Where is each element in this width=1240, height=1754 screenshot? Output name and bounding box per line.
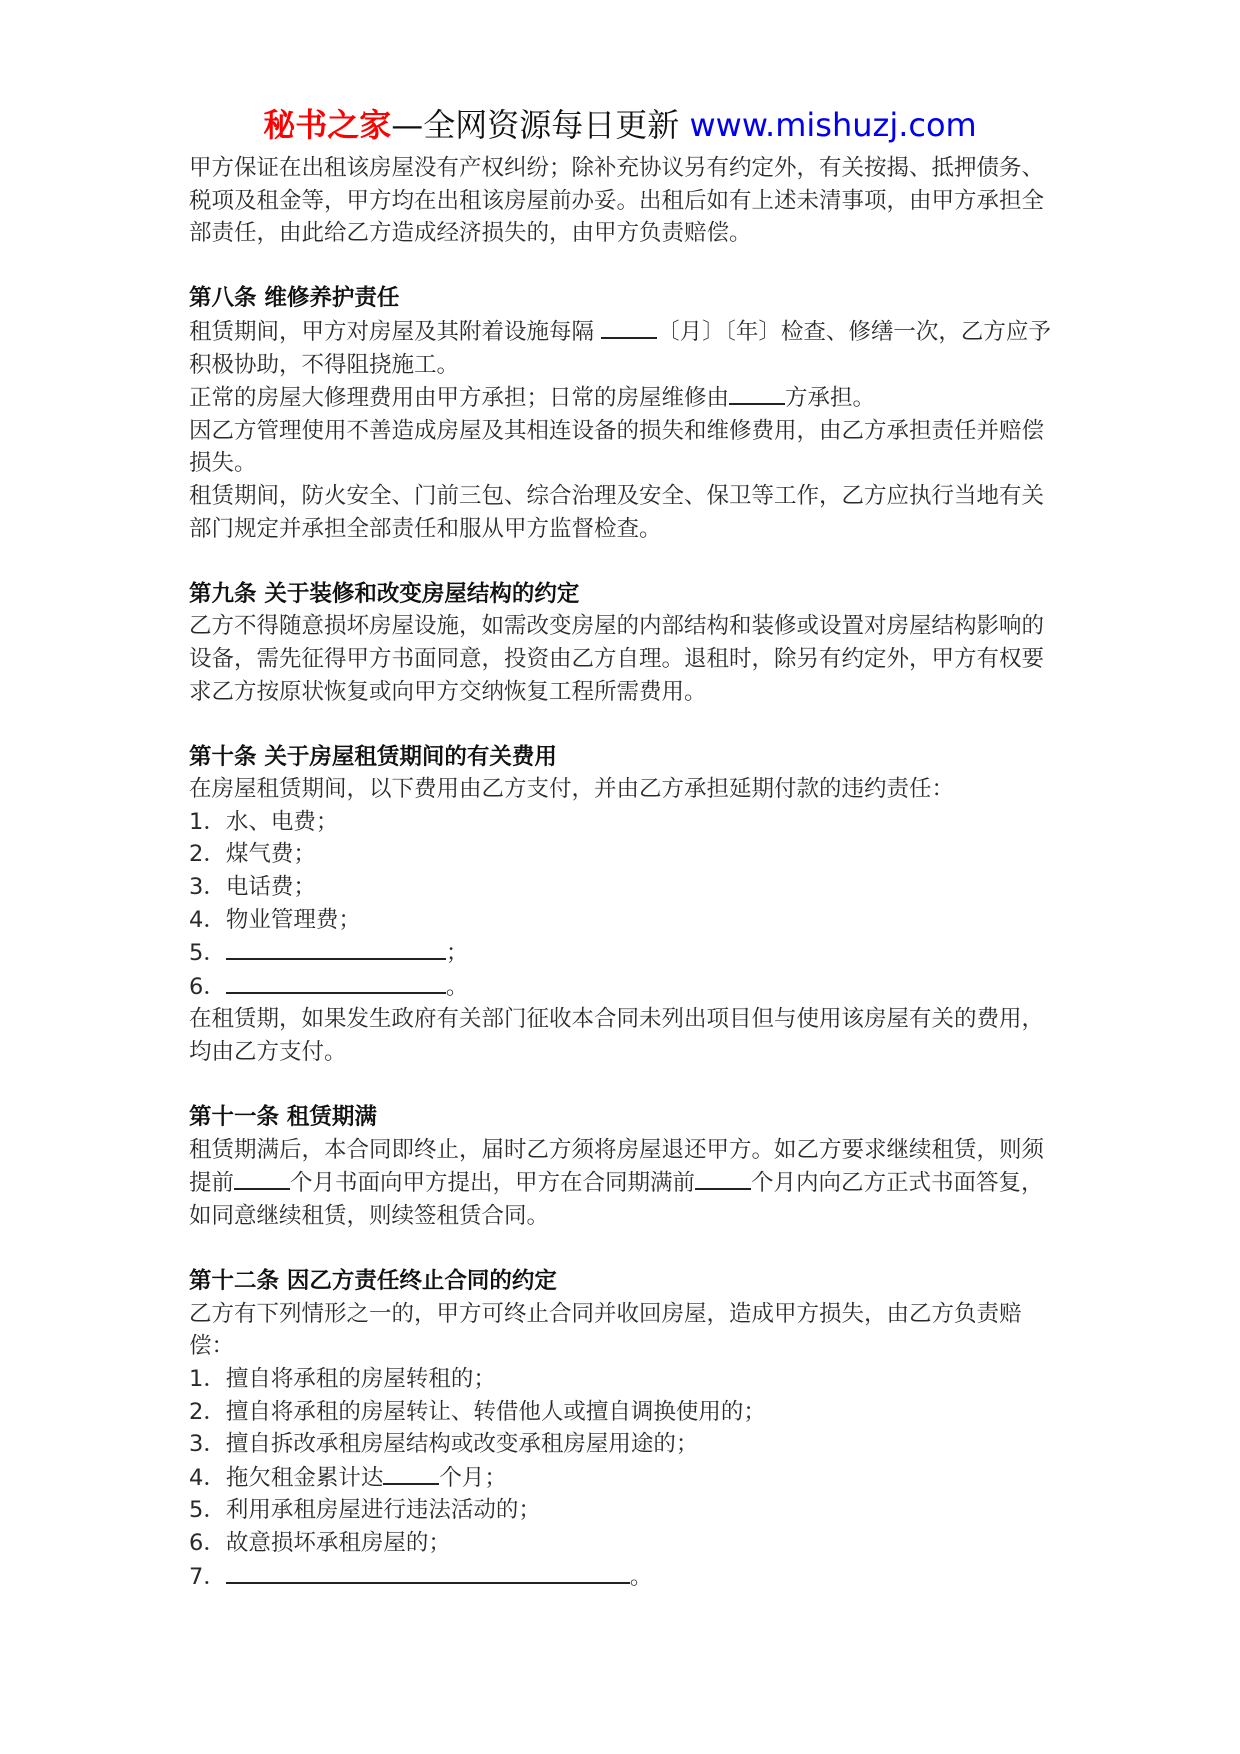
list-item: 3．电话费；	[189, 871, 1059, 904]
article-11: 第十一条 租赁期满 租赁期满后，本合同即终止，届时乙方须将房屋退还甲方。如乙方要…	[189, 1101, 1059, 1232]
document-body: 甲方保证在出租该房屋没有产权纠纷；除补充协议另有约定外，有关按揭、抵押债务、税项…	[189, 152, 1059, 1593]
article-10-p2: 在租赁期，如果发生政府有关部门征收本合同未列出项目但与使用该房屋有关的费用，均由…	[189, 1003, 1059, 1068]
header-tagline: —全网资源每日更新	[391, 106, 689, 144]
fill-blank[interactable]	[226, 936, 446, 960]
article-10: 第十条 关于房屋租赁期间的有关费用 在房屋租赁期间，以下费用由乙方支付，并由乙方…	[189, 741, 1059, 1069]
fill-blank[interactable]	[729, 381, 785, 405]
site-header: 秘书之家—全网资源每日更新 www.mishuzj.com	[0, 103, 1240, 147]
article-8-p4: 租赁期间，防火安全、门前三包、综合治理及安全、保卫等工作，乙方应执行当地有关部门…	[189, 480, 1059, 545]
list-item: 2．煤气费；	[189, 838, 1059, 871]
article-8-p3: 因乙方管理使用不善造成房屋及其相连设备的损失和维修费用，由乙方承担责任并赔偿损失…	[189, 415, 1059, 480]
article-12-title: 第十二条 因乙方责任终止合同的约定	[189, 1265, 1059, 1298]
list-item: 1．擅自将承租的房屋转租的；	[189, 1363, 1059, 1396]
list-item: 4．拖欠租金累计达个月；	[189, 1461, 1059, 1495]
article-9-title: 第九条 关于装修和改变房屋结构的约定	[189, 578, 1059, 611]
list-item: 4．物业管理费；	[189, 904, 1059, 937]
fill-blank[interactable]	[601, 315, 657, 339]
article-9-p1: 乙方不得随意损坏房屋设施，如需改变房屋的内部结构和装修或设置对房屋结构影响的设备…	[189, 610, 1059, 708]
list-item: 5．利用承租房屋进行违法活动的；	[189, 1494, 1059, 1527]
list-item: 1．水、电费；	[189, 806, 1059, 839]
list-item: 6．故意损坏承租房屋的；	[189, 1527, 1059, 1560]
list-item: 3．擅自拆改承租房屋结构或改变承租房屋用途的；	[189, 1428, 1059, 1461]
article-8-title: 第八条 维修养护责任	[189, 282, 1059, 315]
article-8-p2: 正常的房屋大修理费用由甲方承担；日常的房屋维修由方承担。	[189, 381, 1059, 415]
article-10-title: 第十条 关于房屋租赁期间的有关费用	[189, 741, 1059, 774]
article-11-title: 第十一条 租赁期满	[189, 1101, 1059, 1134]
site-url-link[interactable]: www.mishuzj.com	[689, 106, 976, 144]
fill-blank[interactable]	[226, 970, 446, 994]
fill-blank[interactable]	[695, 1166, 751, 1190]
article-8: 第八条 维修养护责任 租赁期间，甲方对房屋及其附着设施每隔 〔月〕〔年〕检查、修…	[189, 282, 1059, 545]
article-10-p1: 在房屋租赁期间，以下费用由乙方支付，并由乙方承担延期付款的违约责任：	[189, 773, 1059, 806]
article-9: 第九条 关于装修和改变房屋结构的约定 乙方不得随意损坏房屋设施，如需改变房屋的内…	[189, 578, 1059, 708]
fill-blank[interactable]	[383, 1461, 439, 1485]
article-12-p1: 乙方有下列情形之一的，甲方可终止合同并收回房屋，造成甲方损失，由乙方负责赔偿：	[189, 1298, 1059, 1363]
article-11-p1: 租赁期满后，本合同即终止，届时乙方须将房屋退还甲方。如乙方要求继续租赁，则须提前…	[189, 1134, 1059, 1233]
list-item: 2．擅自将承租的房屋转让、转借他人或擅自调换使用的；	[189, 1396, 1059, 1429]
list-item: 5．；	[189, 936, 1059, 970]
article-12: 第十二条 因乙方责任终止合同的约定 乙方有下列情形之一的，甲方可终止合同并收回房…	[189, 1265, 1059, 1593]
intro-paragraph: 甲方保证在出租该房屋没有产权纠纷；除补充协议另有约定外，有关按揭、抵押债务、税项…	[189, 152, 1059, 250]
brand-name: 秘书之家	[263, 106, 391, 144]
list-item: 7．。	[189, 1560, 1059, 1594]
article-8-p1: 租赁期间，甲方对房屋及其附着设施每隔 〔月〕〔年〕检查、修缮一次，乙方应予积极协…	[189, 315, 1059, 381]
fill-blank[interactable]	[226, 1560, 630, 1584]
list-item: 6．。	[189, 970, 1059, 1004]
fill-blank[interactable]	[234, 1166, 290, 1190]
